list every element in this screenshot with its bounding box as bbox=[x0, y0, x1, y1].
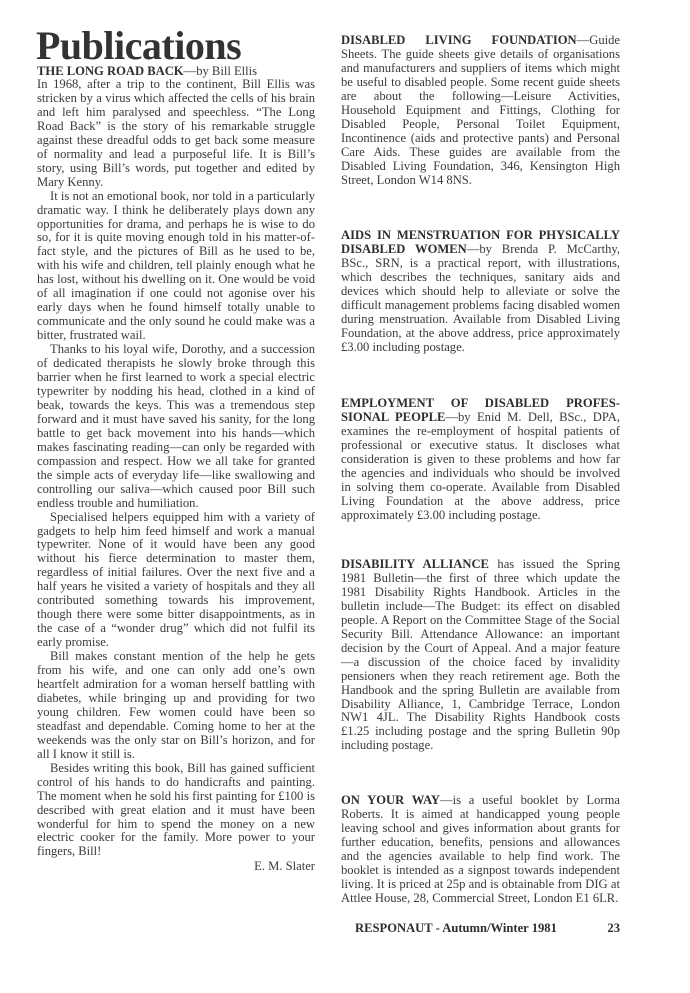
article-paragraph: In 1968, after a trip to the continent, … bbox=[37, 78, 315, 190]
review-text: —by Enid M. Dell, BSc., DPA, examines th… bbox=[341, 410, 620, 522]
page-title: Publications bbox=[36, 26, 241, 66]
review-text: —by Brenda P. McCarthy, BSc., SRN, is a … bbox=[341, 242, 620, 354]
page-number: 23 bbox=[607, 921, 620, 936]
review-disabled-living-foundation: DISABLED LIVING FOUNDATION—Guide Sheets.… bbox=[341, 34, 620, 187]
article-heading: THE LONG ROAD BACK bbox=[37, 64, 184, 78]
article-paragraph: Bill makes constant mention of the help … bbox=[37, 650, 315, 762]
page-footer: RESPONAUT - Autumn/Winter 1981 23 bbox=[355, 921, 620, 936]
publication-name: RESPONAUT - Autumn/Winter 1981 bbox=[355, 921, 557, 936]
review-heading: DISABILITY ALLIANCE bbox=[341, 557, 489, 571]
review-aids-in-menstruation: AIDS IN MENSTRUATION FOR PHYSICALLY DISA… bbox=[341, 229, 620, 355]
article-paragraph: Besides writing this book, Bill has gain… bbox=[37, 762, 315, 860]
review-employment-of-disabled-professional-people: EMPLOYMENT OF DISABLED PROFES­SIONAL PEO… bbox=[341, 397, 620, 523]
article-paragraph: Thanks to his loyal wife, Dorothy, and a… bbox=[37, 343, 315, 510]
review-on-your-way: ON YOUR WAY—is a useful booklet by Lorma… bbox=[341, 794, 620, 906]
review-text: —Guide Sheets. The guide sheets give det… bbox=[341, 33, 620, 187]
article-signature: E. M. Slater bbox=[37, 859, 315, 873]
article-paragraph: It is not an emotional book, nor told in… bbox=[37, 190, 315, 343]
article-heading-line: THE LONG ROAD BACK—by Bill Ellis bbox=[37, 64, 315, 78]
review-disability-alliance: DISABILITY ALLIANCE has issued the Sprin… bbox=[341, 558, 620, 753]
article-paragraph: Specialised helpers equipped him with a … bbox=[37, 511, 315, 651]
review-text: —is a useful booklet by Lorma Roberts. I… bbox=[341, 793, 620, 905]
review-heading: ON YOUR WAY bbox=[341, 793, 440, 807]
review-heading: DISABLED LIVING FOUNDATION bbox=[341, 33, 577, 47]
article-byline: —by Bill Ellis bbox=[184, 64, 257, 78]
review-text: has issued the Spring 1981 Bulletin—the … bbox=[341, 557, 620, 752]
left-column-article: THE LONG ROAD BACK—by Bill Ellis In 1968… bbox=[37, 64, 315, 873]
